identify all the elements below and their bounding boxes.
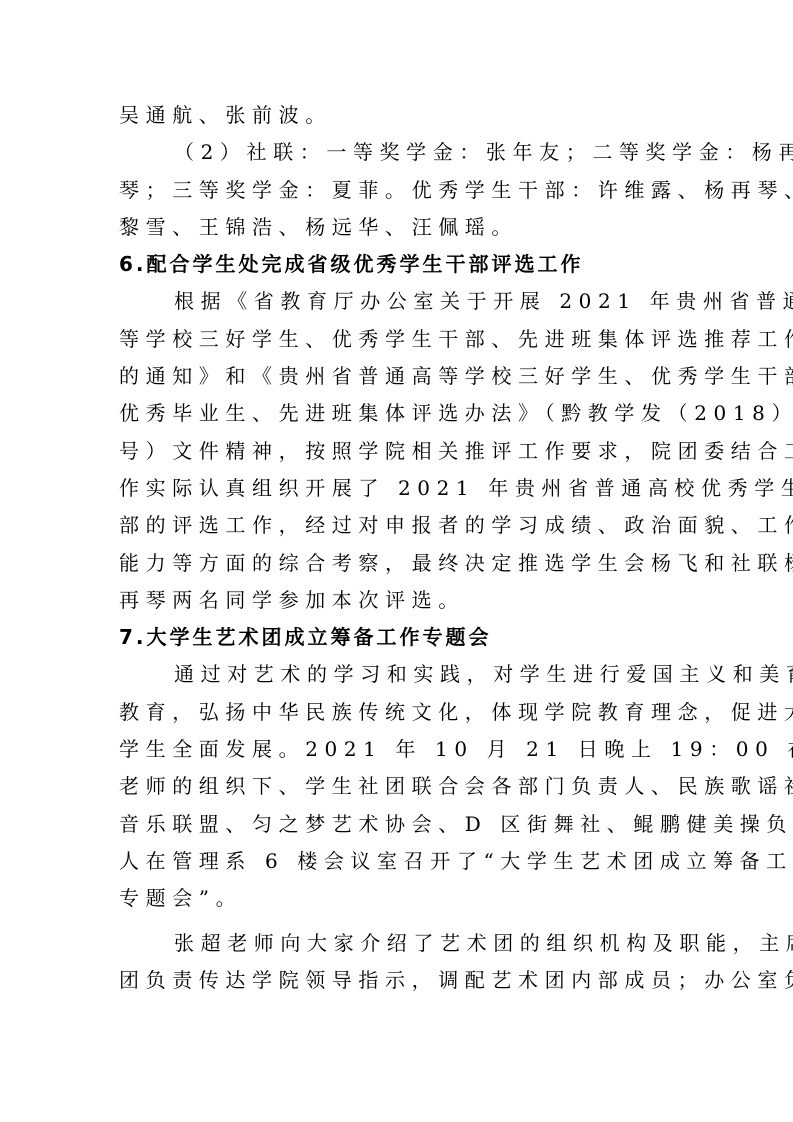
text-line: 的通知》和《贵州省普通高等学校三好学生、优秀学生干部、 [119, 358, 679, 395]
document-page: 吴通航、张前波。 （2）社联：一等奖学金：张年友；二等奖学金：杨再 琴；三等奖学… [0, 0, 793, 1122]
text-line: 作实际认真组织开展了 2021 年贵州省普通高校优秀学生干 [119, 470, 679, 507]
paragraph-gap [119, 918, 679, 925]
text-line: 通过对艺术的学习和实践，对学生进行爱国主义和美育 [119, 656, 679, 693]
text-line: 吴通航、张前波。 [119, 97, 679, 134]
text-line: （2）社联：一等奖学金：张年友；二等奖学金：杨再 [119, 134, 679, 171]
text-line: 团负责传达学院领导指示，调配艺术团内部成员；办公室负 [119, 962, 679, 999]
text-line: 根据《省教育厅办公室关于开展 2021 年贵州省普通高 [119, 283, 679, 320]
text-line: 号）文件精神，按照学院相关推评工作要求，院团委结合工 [119, 433, 679, 470]
section-heading-6: 6.配合学生处完成省级优秀学生干部评选工作 [119, 246, 679, 283]
text-line: 老师的组织下、学生社团联合会各部门负责人、民族歌谣社、 [119, 768, 679, 805]
text-line: 专题会”。 [119, 880, 679, 917]
text-line: 再琴两名同学参加本次评选。 [119, 582, 679, 619]
paragraph-shelian-awards: （2）社联：一等奖学金：张年友；二等奖学金：杨再 琴；三等奖学金：夏菲。优秀学生… [119, 134, 679, 246]
text-line: 能力等方面的综合考察，最终决定推选学生会杨飞和社联杨 [119, 545, 679, 582]
text-line: 部的评选工作，经过对申报者的学习成绩、政治面貌、工作 [119, 507, 679, 544]
text-line: 张超老师向大家介绍了艺术团的组织机构及职能，主席 [119, 925, 679, 962]
paragraph-section-7: 通过对艺术的学习和实践，对学生进行爱国主义和美育 教育，弘扬中华民族传统文化，体… [119, 656, 679, 917]
paragraph-art-troupe-intro: 张超老师向大家介绍了艺术团的组织机构及职能，主席 团负责传达学院领导指示，调配艺… [119, 925, 679, 1000]
text-line: 等学校三好学生、优秀学生干部、先进班集体评选推荐工作 [119, 321, 679, 358]
document-body: 吴通航、张前波。 （2）社联：一等奖学金：张年友；二等奖学金：杨再 琴；三等奖学… [119, 97, 679, 999]
text-line: 音乐联盟、匀之梦艺术协会、D 区街舞社、鲲鹏健美操负责 [119, 806, 679, 843]
text-line: 学生全面发展。2021 年 10 月 21 日晚上 19：00 在团委张超 [119, 731, 679, 768]
paragraph-section-6: 根据《省教育厅办公室关于开展 2021 年贵州省普通高 等学校三好学生、优秀学生… [119, 283, 679, 619]
text-line: 琴；三等奖学金：夏菲。优秀学生干部：许维露、杨再琴、 [119, 172, 679, 209]
section-heading-7: 7.大学生艺术团成立筹备工作专题会 [119, 619, 679, 656]
text-line: 优秀毕业生、先进班集体评选办法》（黔教学发（2018）169 [119, 395, 679, 432]
text-line: 人在管理系 6 楼会议室召开了“大学生艺术团成立筹备工作 [119, 843, 679, 880]
text-line: 教育，弘扬中华民族传统文化，体现学院教育理念，促进大 [119, 694, 679, 731]
text-line: 黎雪、王锦浩、杨远华、汪佩瑶。 [119, 209, 679, 246]
